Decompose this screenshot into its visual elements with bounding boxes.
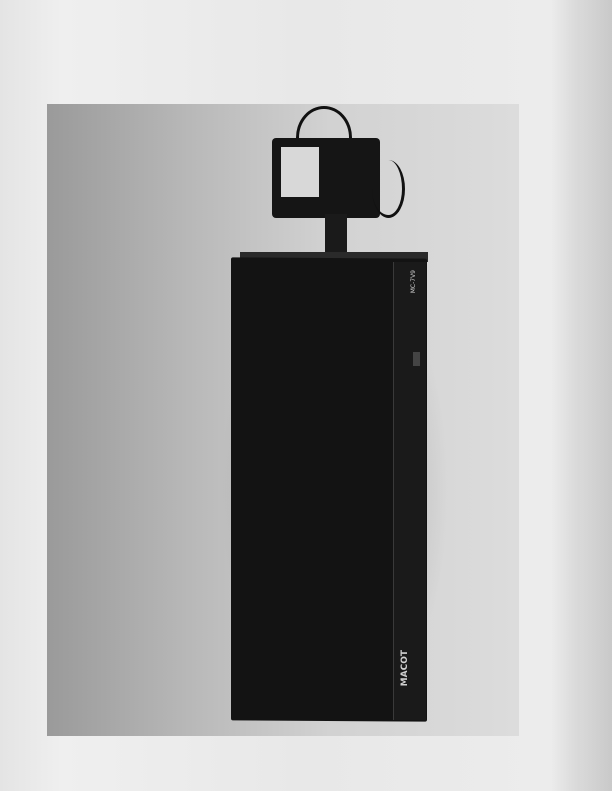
adapter-label xyxy=(281,147,319,197)
device-model: MC-7V9 xyxy=(410,270,417,293)
adapter-coiled-cord xyxy=(372,160,405,218)
device-brand: MACOT xyxy=(400,650,410,686)
page-edge xyxy=(580,0,612,791)
device-switch xyxy=(413,352,420,366)
